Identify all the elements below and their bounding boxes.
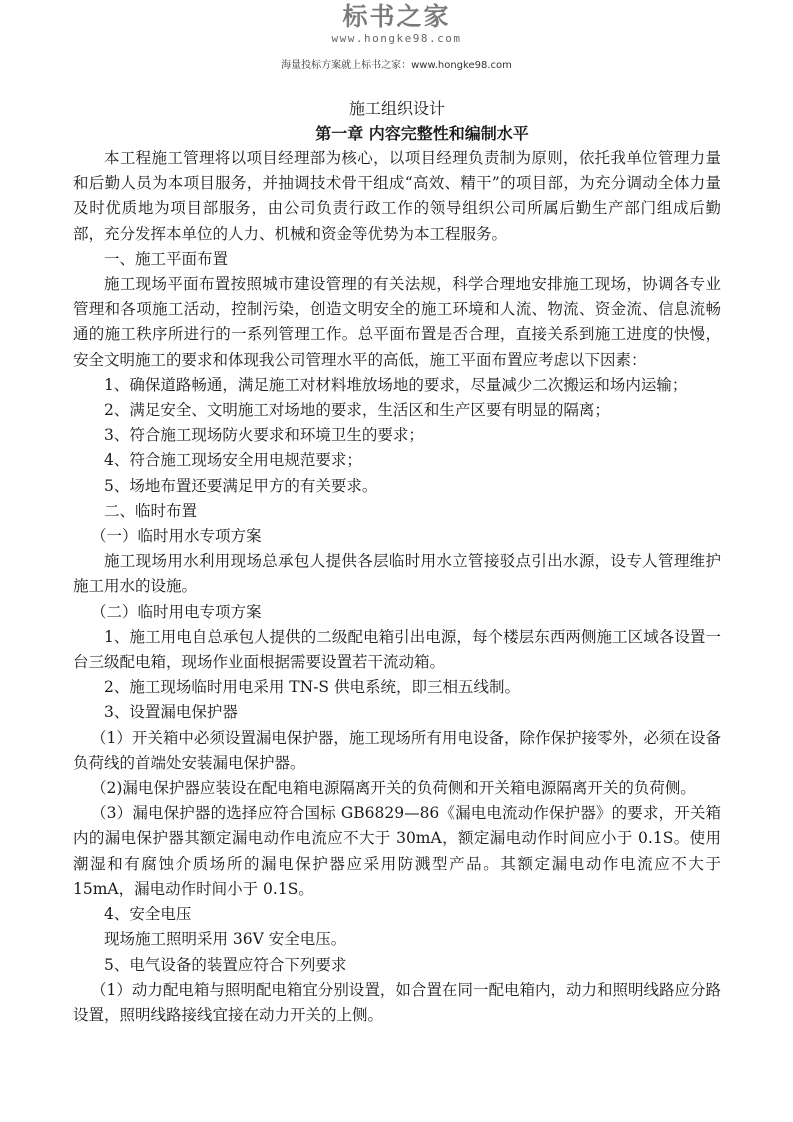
- paragraph: 二、临时布置: [73, 499, 721, 524]
- paragraph: 2、满足安全、文明施工对场地的要求，生活区和生产区要有明显的隔离；: [73, 398, 721, 423]
- logo-title: 标书之家: [0, 2, 793, 32]
- paragraph: 一、施工平面布置: [73, 247, 721, 272]
- paragraph: 1、确保道路畅通，满足施工对材料堆放场地的要求，尽量减少二次搬运和场内运输；: [73, 373, 721, 398]
- paragraph: （2)漏电保护器应装设在配电箱电源隔离开关的负荷侧和开关箱电源隔离开关的负荷侧。: [73, 776, 721, 801]
- paragraph: 4、安全电压: [73, 902, 721, 927]
- paragraph: 2、施工现场临时用电采用 TN-S 供电系统，即三相五线制。: [73, 675, 721, 700]
- paragraph: 4、符合施工现场安全用电规范要求；: [73, 448, 721, 473]
- site-logo[interactable]: 标书之家 www.hongke98.com: [0, 2, 793, 45]
- paragraph: 5、场地布置还要满足甲方的有关要求。: [73, 474, 721, 499]
- paragraph: 施工现场用水利用现场总承包人提供各层临时用水立管接驳点引出水源，设专人管理维护施…: [73, 549, 721, 599]
- paragraph: （1）动力配电箱与照明配电箱宜分别设置，如合置在同一配电箱内，动力和照明线路应分…: [73, 978, 721, 1028]
- paragraph: 1、施工用电自总承包人提供的二级配电箱引出电源，每个楼层东西两侧施工区域各设置一…: [73, 625, 721, 675]
- paragraph: 本工程施工管理将以项目经理部为核心，以项目经理负责制为原则，依托我单位管理力量和…: [73, 146, 721, 247]
- logo-url: www.hongke98.com: [0, 32, 793, 45]
- chapter-heading: 第一章 内容完整性和编制水平: [73, 121, 721, 146]
- paragraph: 3、符合施工现场防火要求和环境卫生的要求；: [73, 423, 721, 448]
- paragraph-list: 本工程施工管理将以项目经理部为核心，以项目经理负责制为原则，依托我单位管理力量和…: [73, 146, 721, 1028]
- paragraph: 现场施工照明采用 36V 安全电压。: [73, 927, 721, 952]
- paragraph: 施工现场平面布置按照城市建设管理的有关法规，科学合理地安排施工现场，协调各专业管…: [73, 272, 721, 373]
- paragraph: （二）临时用电专项方案: [73, 600, 721, 625]
- paragraph: （一）临时用水专项方案: [73, 524, 721, 549]
- document-body: 施工组织设计 第一章 内容完整性和编制水平 本工程施工管理将以项目经理部为核心，…: [73, 96, 721, 1028]
- paragraph: （3）漏电保护器的选择应符合国标 GB6829—86《漏电电流动作保护器》的要求…: [73, 801, 721, 902]
- document-title: 施工组织设计: [73, 96, 721, 121]
- paragraph: 5、电气设备的装置应符合下列要求: [73, 953, 721, 978]
- paragraph: （1）开关箱中必须设置漏电保护器，施工现场所有用电设备，除作保护接零外，必须在设…: [73, 726, 721, 776]
- paragraph: 3、设置漏电保护器: [73, 700, 721, 725]
- header-tagline: 海量投标方案就上标书之家：www.hongke98.com: [0, 56, 793, 71]
